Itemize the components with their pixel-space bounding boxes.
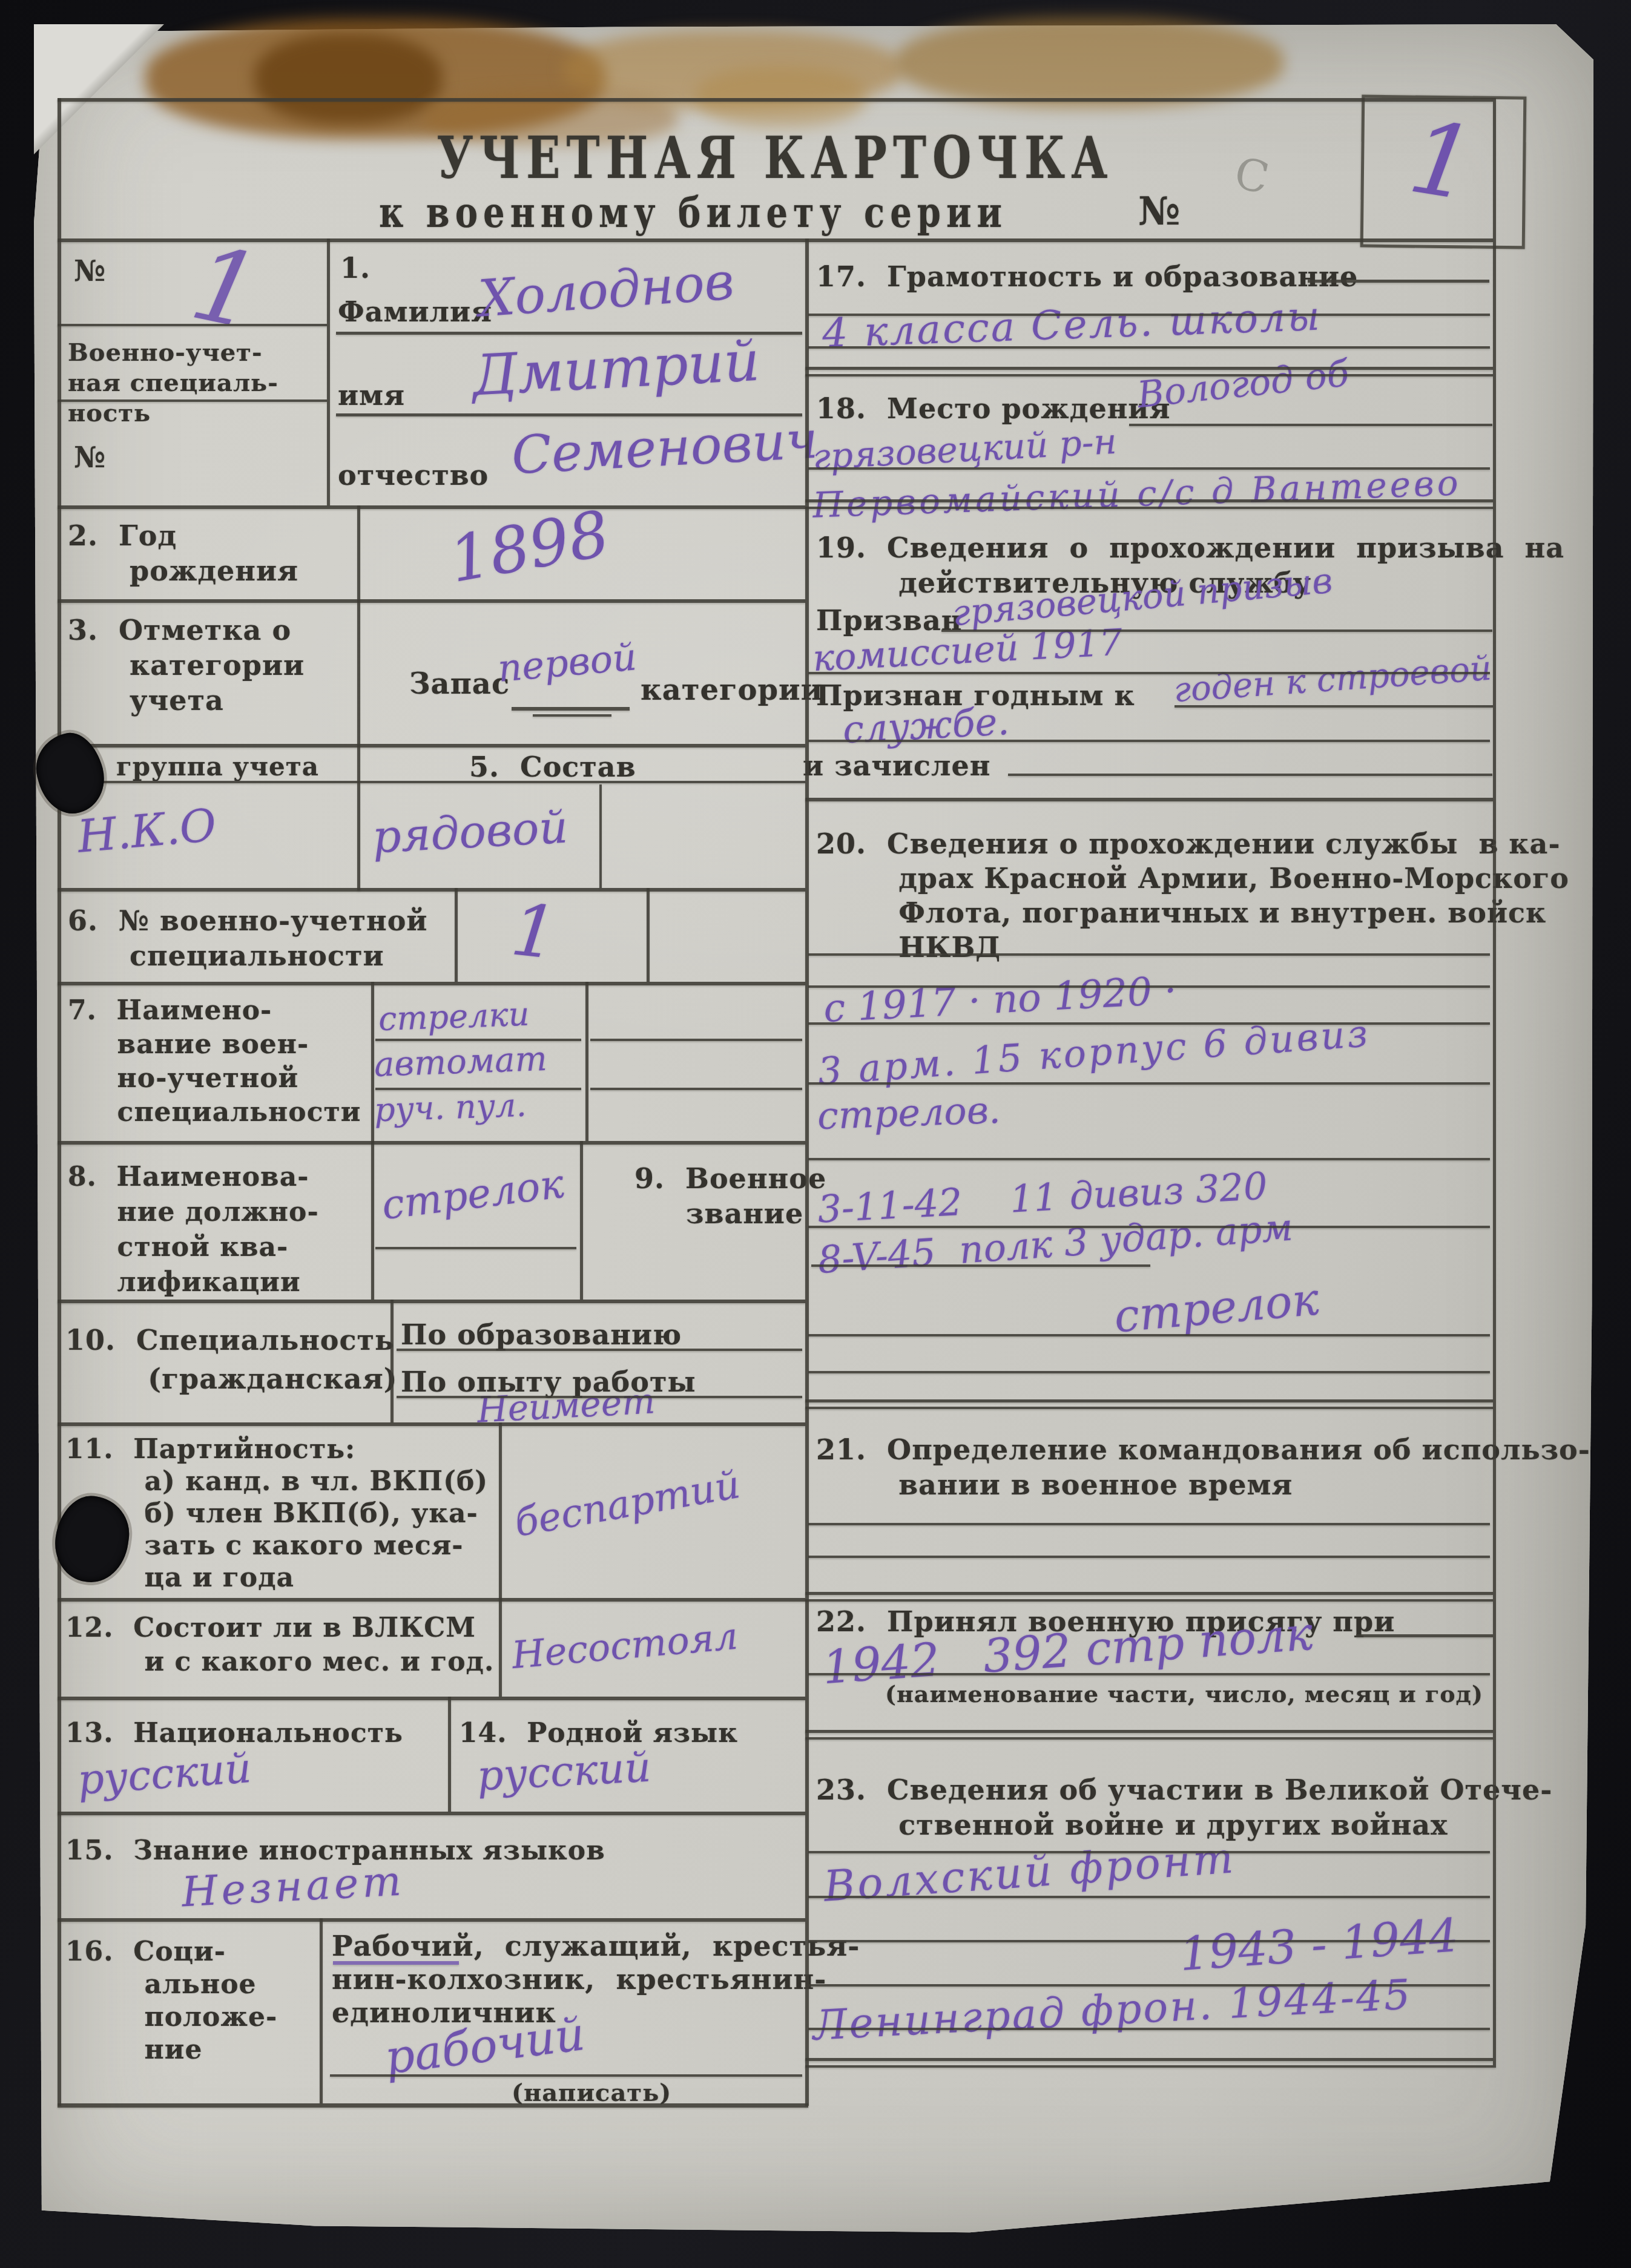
table-line <box>808 1022 1490 1025</box>
table-line <box>808 2028 1490 2030</box>
zapas-label: Запас <box>409 667 510 701</box>
table-line <box>1008 774 1492 776</box>
table-line <box>805 1399 1493 1402</box>
vus-spec-label: Военно-учет- ная специаль- ность <box>68 338 278 429</box>
field-10-label: 10. Специальность (гражданская) <box>65 1321 397 1398</box>
field-9-label: 9. Военное звание <box>634 1161 826 1231</box>
table-line <box>58 1812 805 1815</box>
field-18-label: 18. Место рождения <box>816 392 1170 425</box>
table-line <box>533 714 611 717</box>
table-line <box>808 1334 1490 1336</box>
table-line <box>58 1598 805 1602</box>
table-line <box>808 1673 1490 1675</box>
field-4-label: группа учета <box>116 752 319 781</box>
field-17-label: 17. Грамотность и образование <box>816 260 1358 293</box>
field-5-value: рядовой <box>371 801 569 864</box>
table-line <box>808 467 1490 470</box>
table-line <box>808 1226 1490 1228</box>
table-line <box>808 1851 1490 1853</box>
table-line <box>1129 424 1492 426</box>
table-line <box>58 324 327 326</box>
table-line <box>805 1592 1493 1595</box>
table-line <box>808 314 1490 316</box>
field-14-value: русский <box>476 1744 652 1801</box>
table-line <box>390 1300 394 1422</box>
kategorii-label: категории <box>641 673 823 707</box>
godn-value-2: службе. <box>842 699 1010 752</box>
surname-label: Фамилия <box>338 295 492 328</box>
table-line <box>499 1598 502 1697</box>
table-line <box>58 599 805 603</box>
table-line <box>808 740 1490 742</box>
table-line <box>58 2103 808 2108</box>
name-label: имя <box>338 379 405 412</box>
table-line <box>512 707 630 711</box>
table-line <box>1175 705 1493 708</box>
scanned-document: УЧЕТНАЯ КАРТОЧКА к военному билету серии… <box>0 0 1631 2268</box>
field-8-label: 8. Наименова- ние должно- стной ква- лиф… <box>68 1160 319 1300</box>
table-line <box>805 1730 1493 1733</box>
field-20-row-2: стрелов. <box>817 1088 1001 1139</box>
table-line <box>320 1918 323 2103</box>
table-line <box>805 238 809 2106</box>
table-line <box>375 1088 581 1090</box>
table-line <box>941 629 1492 632</box>
field-16-label: 16. Соци- альное положе- ние <box>65 1936 277 2066</box>
table-line <box>590 1088 802 1090</box>
field-20-label: 20. Сведения о прохождении службы в ка- … <box>816 827 1569 965</box>
table-line <box>1308 280 1489 283</box>
table-line <box>330 2074 802 2077</box>
table-line <box>805 374 1493 376</box>
table-line <box>58 1422 805 1426</box>
table-line <box>455 888 458 982</box>
field-11-label: 11. Партийность: а) канд. в чл. ВКП(б) б… <box>65 1433 488 1594</box>
field-16-options: Рабочий, служащий, крестья- нин-колхозни… <box>332 1930 860 2030</box>
field-5-label: 5. Состав <box>469 751 636 783</box>
table-line <box>808 1158 1490 1160</box>
field-7-label: 7. Наимено- вание воен- но-учетной специ… <box>68 994 361 1129</box>
table-line <box>58 98 61 2106</box>
table-line <box>58 505 805 509</box>
table-line <box>805 1737 1493 1740</box>
field-21-label: 21. Определение командования об использо… <box>816 1432 1590 1502</box>
table-line <box>805 499 1493 502</box>
table-line <box>1493 98 1496 2068</box>
table-line <box>375 1039 581 1041</box>
table-line <box>58 238 1493 242</box>
table-line <box>371 1141 374 1300</box>
zachislen-label: и зачислен <box>803 749 990 782</box>
table-line <box>336 413 802 416</box>
table-line <box>808 1082 1490 1085</box>
field-13-label: 13. Национальность <box>65 1718 403 1749</box>
table-line <box>805 2058 1493 2061</box>
table-line <box>808 346 1490 349</box>
table-line <box>397 1396 802 1398</box>
table-line <box>808 1896 1490 1898</box>
table-line <box>58 98 1493 102</box>
field-1-number: 1. <box>340 252 371 284</box>
field-10-row1: По образованию <box>401 1318 682 1351</box>
table-line <box>599 784 602 888</box>
table-line <box>1356 1634 1493 1637</box>
table-line <box>375 1247 576 1249</box>
table-line <box>805 2065 1493 2068</box>
table-line <box>58 982 805 985</box>
table-line <box>808 1556 1490 1558</box>
table-line <box>371 982 374 1141</box>
table-line <box>58 399 327 402</box>
field-3-label: 3. Отметка о категории учета <box>68 613 305 718</box>
table-line <box>808 953 1490 956</box>
rabochiy-underline <box>333 1961 459 1965</box>
field-7-value-3: руч. пул. <box>374 1086 527 1129</box>
table-line <box>357 505 360 890</box>
vus-no-label: № <box>74 254 106 288</box>
table-line <box>448 1697 451 1812</box>
field-12-label: 12. Состоит ли в ВЛКСМ и с какого мес. и… <box>65 1611 494 1679</box>
field-2-label: 2. Год рождения <box>68 518 298 588</box>
table-line <box>58 744 805 748</box>
table-line <box>58 888 805 892</box>
table-line <box>58 781 805 783</box>
table-line <box>811 1264 1150 1267</box>
table-line <box>805 1599 1493 1602</box>
table-line <box>327 238 330 505</box>
patronymic-label: отчество <box>338 459 489 491</box>
field-23-label: 23. Сведения об участии в Великой Отече-… <box>816 1772 1552 1842</box>
field-6-label: 6. № военно-учетной специальности <box>68 903 427 973</box>
table-line <box>647 888 650 982</box>
table-line <box>805 507 1493 509</box>
table-line <box>805 798 1493 801</box>
table-line <box>590 1039 802 1041</box>
number-sign: № <box>1138 189 1181 234</box>
field-7-value-1: стрелки <box>378 995 530 1039</box>
table-line <box>58 1697 805 1700</box>
table-line <box>805 367 1493 370</box>
table-line <box>808 672 1490 674</box>
table-line <box>808 1940 1490 1942</box>
card-title: УЧЕТНАЯ КАРТОЧКА <box>58 124 1493 192</box>
table-line <box>397 1349 802 1351</box>
table-line <box>580 1141 583 1300</box>
table-line <box>58 1918 805 1922</box>
table-line <box>336 332 802 335</box>
vus-no2-label: № <box>74 441 106 475</box>
table-line <box>499 1422 502 1598</box>
table-line <box>805 1407 1493 1409</box>
table-line <box>58 1300 805 1303</box>
table-line <box>585 982 588 1141</box>
table-line <box>808 1984 1490 1987</box>
field-22-hint: (наименование части, число, месяц и год) <box>885 1680 1483 1708</box>
field-6-value: 1 <box>507 887 561 975</box>
field-14-label: 14. Родной язык <box>459 1718 738 1749</box>
field-7-value-2: автомат <box>374 1039 548 1085</box>
table-line <box>808 1371 1490 1373</box>
table-line <box>808 1523 1490 1525</box>
table-line <box>808 985 1490 988</box>
field-16-hint: (написать) <box>512 2079 671 2107</box>
table-line <box>58 1141 805 1145</box>
